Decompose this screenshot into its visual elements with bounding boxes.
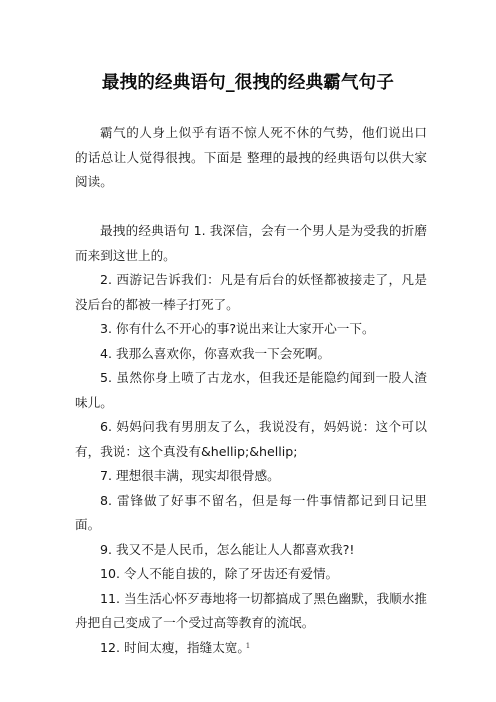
intro-paragraph: 霸气的人身上似乎有语不惊人死不休的气势，他们说出口的话总让人觉得很拽。下面是 整…	[75, 121, 427, 195]
page-number: 1	[0, 642, 496, 650]
document-body: 霸气的人身上似乎有语不惊人死不休的气势，他们说出口的话总让人觉得很拽。下面是 整…	[75, 121, 427, 660]
quote-item-9: 9. 我又不是人民币，怎么能让人人都喜欢我?!	[75, 538, 427, 563]
quote-item-5: 5. 虽然你身上喷了古龙水，但我还是能隐约闻到一股人渣味儿。	[75, 366, 427, 415]
document-page: 最拽的经典语句_很拽的经典霸气句子 霸气的人身上似乎有语不惊人死不休的气势，他们…	[0, 0, 496, 702]
quote-item-3: 3. 你有什么不开心的事?说出来让大家开心一下。	[75, 317, 427, 342]
quote-item-10: 10. 令人不能自拔的，除了牙齿还有爱情。	[75, 562, 427, 587]
document-title: 最拽的经典语句_很拽的经典霸气句子	[0, 71, 496, 95]
quote-item-1: 最拽的经典语句 1. 我深信，会有一个男人是为受我的折磨而来到这世上的。	[75, 219, 427, 268]
quote-item-11: 11. 当生活心怀歹毒地将一切都搞成了黑色幽默，我顺水推舟把自己变成了一个受过高…	[75, 587, 427, 636]
quote-item-7: 7. 理想很丰满，现实却很骨感。	[75, 464, 427, 489]
quote-item-8: 8. 雷锋做了好事不留名，但是每一件事情都记到日记里面。	[75, 489, 427, 538]
quote-item-6: 6. 妈妈问我有男朋友了么，我说没有，妈妈说：这个可以有，我说：这个真没有&he…	[75, 415, 427, 464]
quote-item-4: 4. 我那么喜欢你，你喜欢我一下会死啊。	[75, 342, 427, 367]
quote-item-2: 2. 西游记告诉我们：凡是有后台的妖怪都被接走了，凡是没后台的都被一棒子打死了。	[75, 268, 427, 317]
paragraph-spacer	[75, 195, 427, 220]
